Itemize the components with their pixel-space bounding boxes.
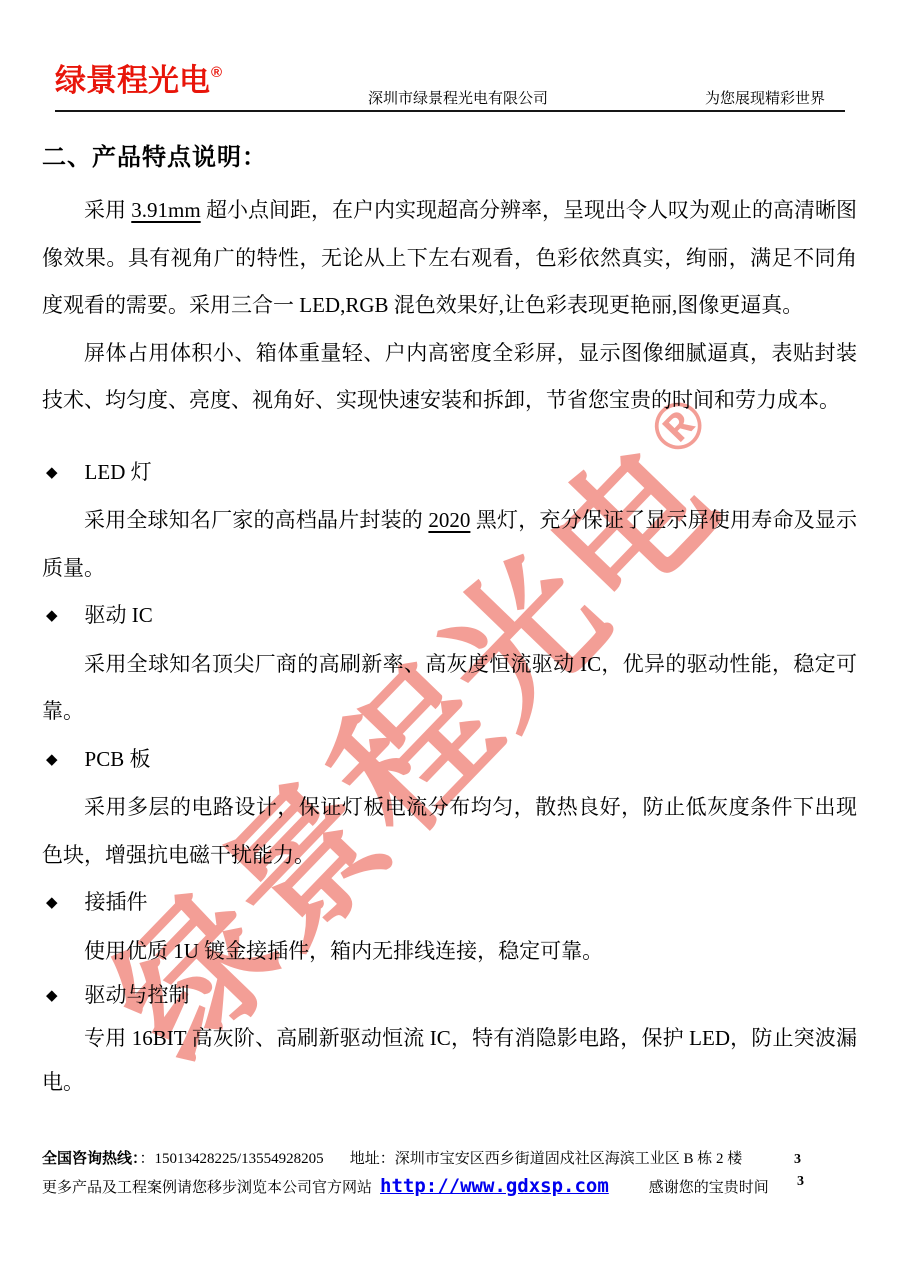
header-slogan: 为您展现精彩世界 [705, 87, 825, 108]
bullet-connector-body: 使用优质 1U 镀金接插件，箱内无排线连接，稳定可靠。 [42, 928, 857, 976]
paragraph-text: 采用 [84, 198, 131, 222]
diamond-bullet-icon: ◆ [46, 465, 58, 481]
diamond-bullet-icon: ◆ [46, 752, 58, 768]
document-page: 绿景程光电® 绿景程光电® 深圳市绿景程光电有限公司 为您展现精彩世界 二、产品… [0, 0, 900, 1273]
website-prompt: 更多产品及工程案例请您移步浏览本公司官方网站 [42, 1180, 372, 1196]
website-link[interactable]: http://www.gdxsp.com [380, 1175, 609, 1197]
bullet-drive-control-body: 专用 16BIT 高灰阶、高刷新驱动恒流 IC，特有消隐影电路，保护 LED，防… [42, 1016, 857, 1104]
address-label: 地址： [350, 1151, 395, 1167]
bullet-drive-control: ◆驱动与控制 [42, 975, 857, 1016]
hotline-label: 全国咨询热线： [42, 1151, 140, 1167]
footer-line-1: 全国咨询热线：：15013428225/13554928205地址：深圳市宝安区… [42, 1146, 857, 1172]
underlined-value: 2020 [428, 508, 470, 532]
main-content: 二、产品特点说明： 采用 3.91mm 超小点间距，在户内实现超高分辨率，呈现出… [42, 141, 857, 1104]
underlined-value: 3.91mm [131, 198, 200, 222]
paragraph-cabinet-features: 屏体占用体积小、箱体重量轻、户内高密度全彩屏，显示图像细腻逼真，表贴封装技术、均… [42, 330, 857, 425]
bullet-led-lamp: ◆LED 灯 [42, 449, 857, 498]
section-title: 二、产品特点说明： [42, 141, 857, 175]
thanks-text: 感谢您的宝贵时间 [649, 1180, 769, 1196]
bullet-driver-ic: ◆驱动 IC [42, 592, 857, 641]
paragraph-pixel-pitch: 采用 3.91mm 超小点间距，在户内实现超高分辨率，呈现出令人叹为观止的高清晰… [42, 187, 857, 330]
bullet-title: PCB 板 [85, 747, 151, 771]
diamond-bullet-icon: ◆ [46, 988, 58, 1004]
bullet-driver-ic-body: 采用全球知名顶尖厂商的高刷新率、高灰度恒流驱动 IC，优异的驱动性能，稳定可靠。 [42, 641, 857, 736]
bullet-connector: ◆接插件 [42, 879, 857, 928]
diamond-bullet-icon: ◆ [46, 895, 58, 911]
bullet-title: 驱动 IC [85, 603, 153, 627]
address: 地址：深圳市宝安区西乡街道固戍社区海滨工业区 B 栋 2 楼 [350, 1151, 743, 1167]
header-company-name: 深圳市绿景程光电有限公司 [368, 87, 548, 108]
page-number: 3 [797, 1169, 804, 1195]
bullet-title: 接插件 [85, 890, 148, 914]
paragraph-text: 采用全球知名厂家的高档晶片封装的 [84, 508, 428, 532]
address-value: 深圳市宝安区西乡街道固戍社区海滨工业区 B 栋 2 楼 [395, 1151, 743, 1167]
bullet-title: 驱动与控制 [85, 983, 190, 1007]
footer-line-2: 更多产品及工程案例请您移步浏览本公司官方网站http://www.gdxsp.c… [42, 1173, 857, 1201]
registered-trademark-icon: ® [211, 64, 222, 81]
bullet-pcb-board: ◆PCB 板 [42, 736, 857, 785]
bullet-title: LED 灯 [85, 460, 152, 484]
logo-text: 绿景程光电 [55, 63, 210, 98]
bullet-led-lamp-body: 采用全球知名厂家的高档晶片封装的 2020 黑灯，充分保证了显示屏使用寿命及显示… [42, 497, 857, 592]
hotline-numbers: ：15013428225/13554928205 [140, 1151, 324, 1167]
header-divider [55, 110, 845, 112]
company-logo: 绿景程光电® [55, 56, 222, 98]
page-footer: 全国咨询热线：：15013428225/13554928205地址：深圳市宝安区… [42, 1146, 857, 1201]
bullet-pcb-board-body: 采用多层的电路设计，保证灯板电流分布均匀，散热良好，防止低灰度条件下出现色块，增… [42, 784, 857, 879]
diamond-bullet-icon: ◆ [46, 608, 58, 624]
